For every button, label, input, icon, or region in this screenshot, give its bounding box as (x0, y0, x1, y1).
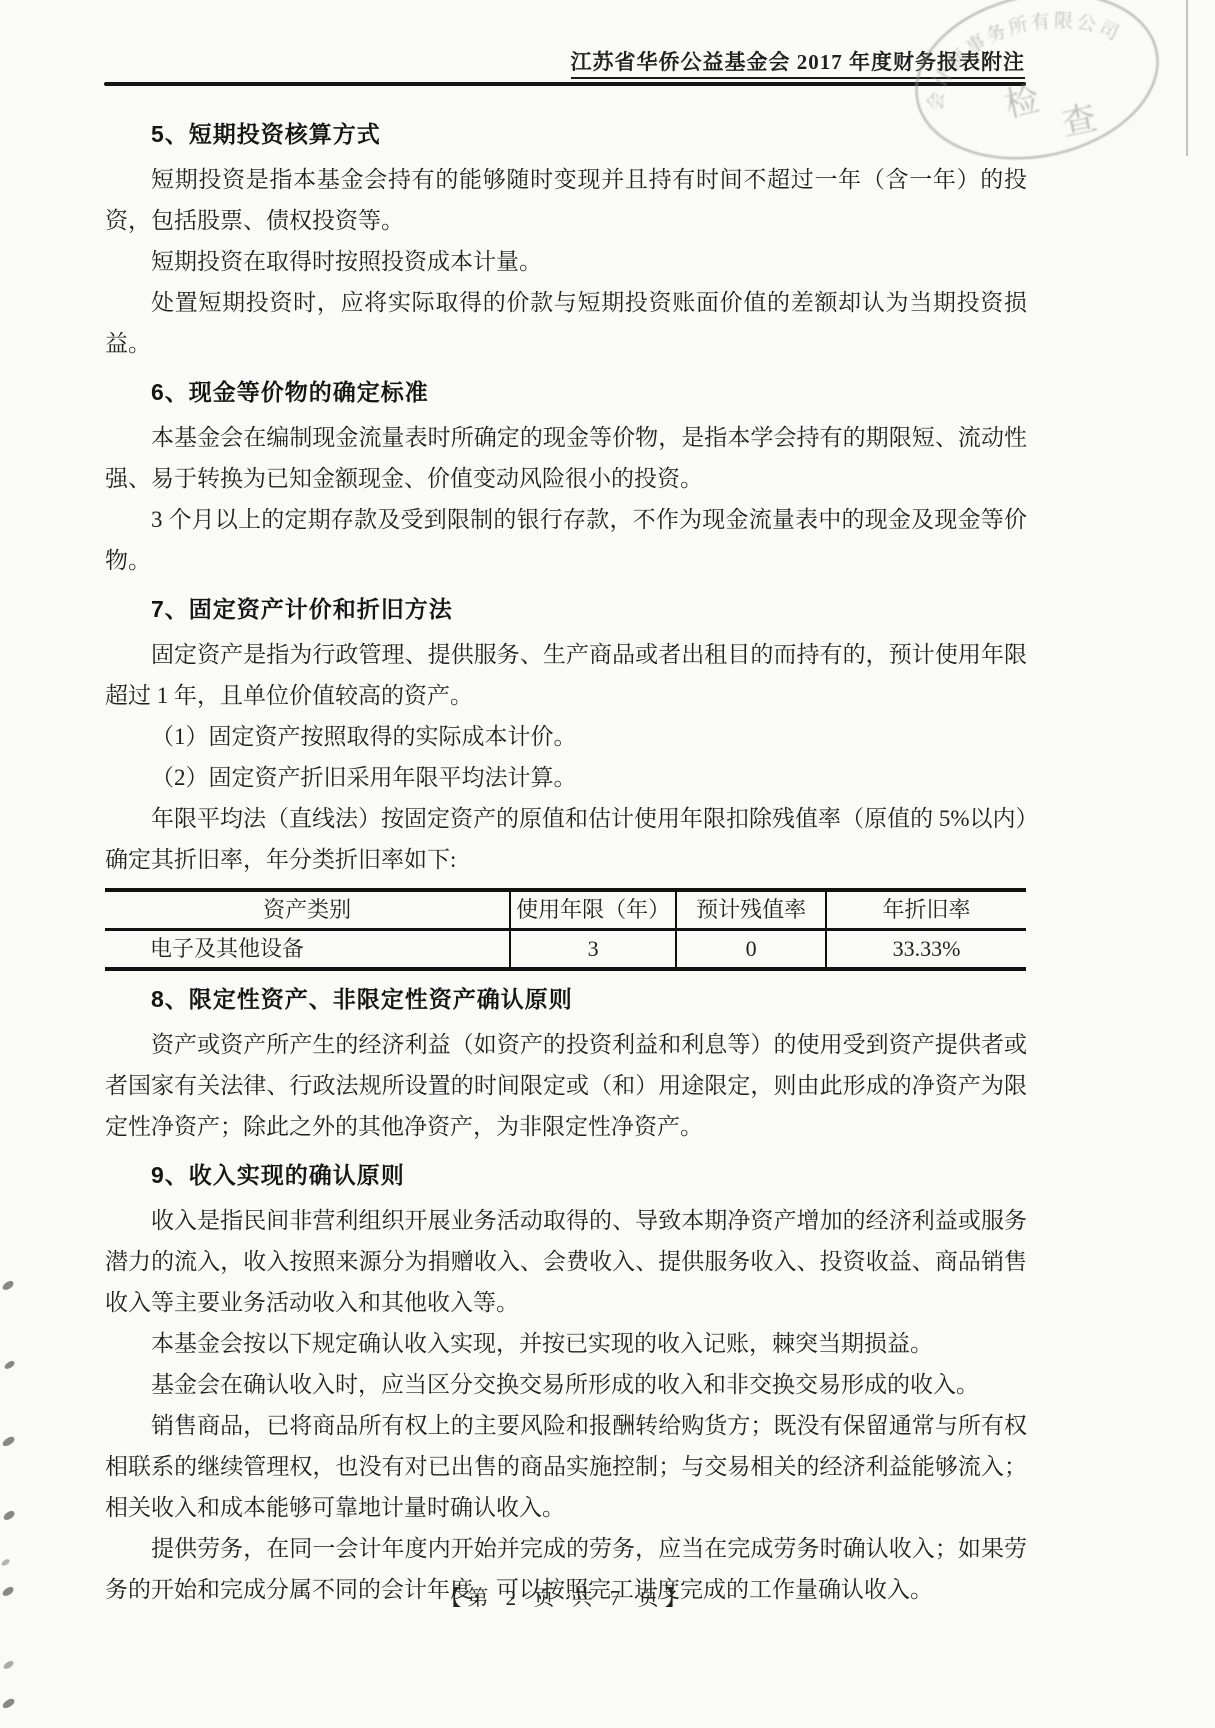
scan-artifact (1, 1697, 16, 1709)
paragraph: （2）固定资产折旧采用年限平均法计算。 (105, 757, 1027, 798)
document-body: 5、短期投资核算方式 短期投资是指本基金会持有的能够随时变现并且持有时间不超过一… (105, 106, 1027, 1610)
scan-artifact (2, 1660, 15, 1670)
page-number: 【第 2 页 共 7 页】 (105, 1582, 1027, 1612)
cell-residual-rate: 0 (676, 930, 826, 970)
paragraph: 短期投资是指本基金会持有的能够随时变现并且持有时间不超过一年（含一年）的投资，包… (105, 159, 1027, 241)
scan-artifact (2, 1510, 16, 1522)
cell-annual-depreciation-rate: 33.33% (826, 930, 1026, 970)
paragraph: （1）固定资产按照取得的实际成本计价。 (105, 716, 1027, 757)
paragraph: 固定资产是指为行政管理、提供服务、生产商品或者出租目的而持有的，预计使用年限超过… (105, 634, 1027, 716)
column-header-residual-rate: 预计残值率 (676, 890, 826, 930)
stamp-center-char-2: 查 (1059, 99, 1100, 143)
paragraph: 本基金会在编制现金流量表时所确定的现金等价物，是指本学会持有的期限短、流动性强、… (105, 417, 1027, 499)
paragraph: 本基金会按以下规定确认收入实现，并按已实现的收入记账，棘突当期损益。 (105, 1323, 1027, 1364)
table-header-row: 资产类别 使用年限（年） 预计残值率 年折旧率 (105, 890, 1026, 930)
paragraph: 销售商品，已将商品所有权上的主要风险和报酬转给购货方；既没有保留通常与所有权相联… (105, 1405, 1027, 1528)
cell-useful-life: 3 (510, 930, 676, 970)
paragraph: 收入是指民间非营利组织开展业务活动取得的、导致本期净资产增加的经济利益或服务潜力… (105, 1200, 1027, 1323)
page-header: 江苏省华侨公益基金会 2017 年度财务报表附注 (105, 46, 1025, 76)
paragraph: 3 个月以上的定期存款及受到限制的银行存款，不作为现金流量表中的现金及现金等价物… (105, 499, 1027, 581)
scan-artifact (1, 1586, 15, 1598)
depreciation-rate-table: 资产类别 使用年限（年） 预计残值率 年折旧率 电子及其他设备 3 0 33.3… (105, 888, 1026, 971)
column-header-asset-category: 资产类别 (105, 890, 510, 930)
paragraph: 资产或资产所产生的经济利益（如资产的投资利益和利息等）的使用受到资产提供者或者国… (105, 1024, 1027, 1147)
cell-asset-category: 电子及其他设备 (105, 930, 510, 970)
section-5-heading: 5、短期投资核算方式 (105, 114, 1027, 155)
section-7-heading: 7、固定资产计价和折旧方法 (105, 589, 1027, 630)
section-9-heading: 9、收入实现的确认原则 (105, 1155, 1027, 1196)
scan-artifact (0, 1558, 10, 1567)
paragraph: 处置短期投资时，应将实际取得的价款与短期投资账面价值的差额却认为当期投资损益。 (105, 282, 1027, 364)
document-page: 江苏省华侨公益基金会 2017 年度财务报表附注 会计师事务所有限公司 检 查 … (0, 0, 1215, 1728)
scan-edge-artifact (1186, 0, 1188, 156)
section-8-heading: 8、限定性资产、非限定性资产确认原则 (105, 979, 1027, 1020)
paragraph: 短期投资在取得时按照投资成本计量。 (105, 241, 1027, 282)
paragraph: 年限平均法（直线法）按固定资产的原值和估计使用年限扣除残值率（原值的 5%以内）… (105, 798, 1027, 880)
header-divider (104, 82, 1026, 86)
paragraph: 基金会在确认收入时，应当区分交换交易所形成的收入和非交换交易形成的收入。 (105, 1364, 1027, 1405)
scan-artifact (1, 1435, 16, 1447)
section-6-heading: 6、现金等价物的确定标准 (105, 372, 1027, 413)
scan-artifact (1, 1280, 15, 1292)
table-row: 电子及其他设备 3 0 33.33% (105, 930, 1026, 970)
scan-artifact (3, 1360, 16, 1370)
column-header-annual-depreciation-rate: 年折旧率 (826, 890, 1026, 930)
column-header-useful-life: 使用年限（年） (510, 890, 676, 930)
